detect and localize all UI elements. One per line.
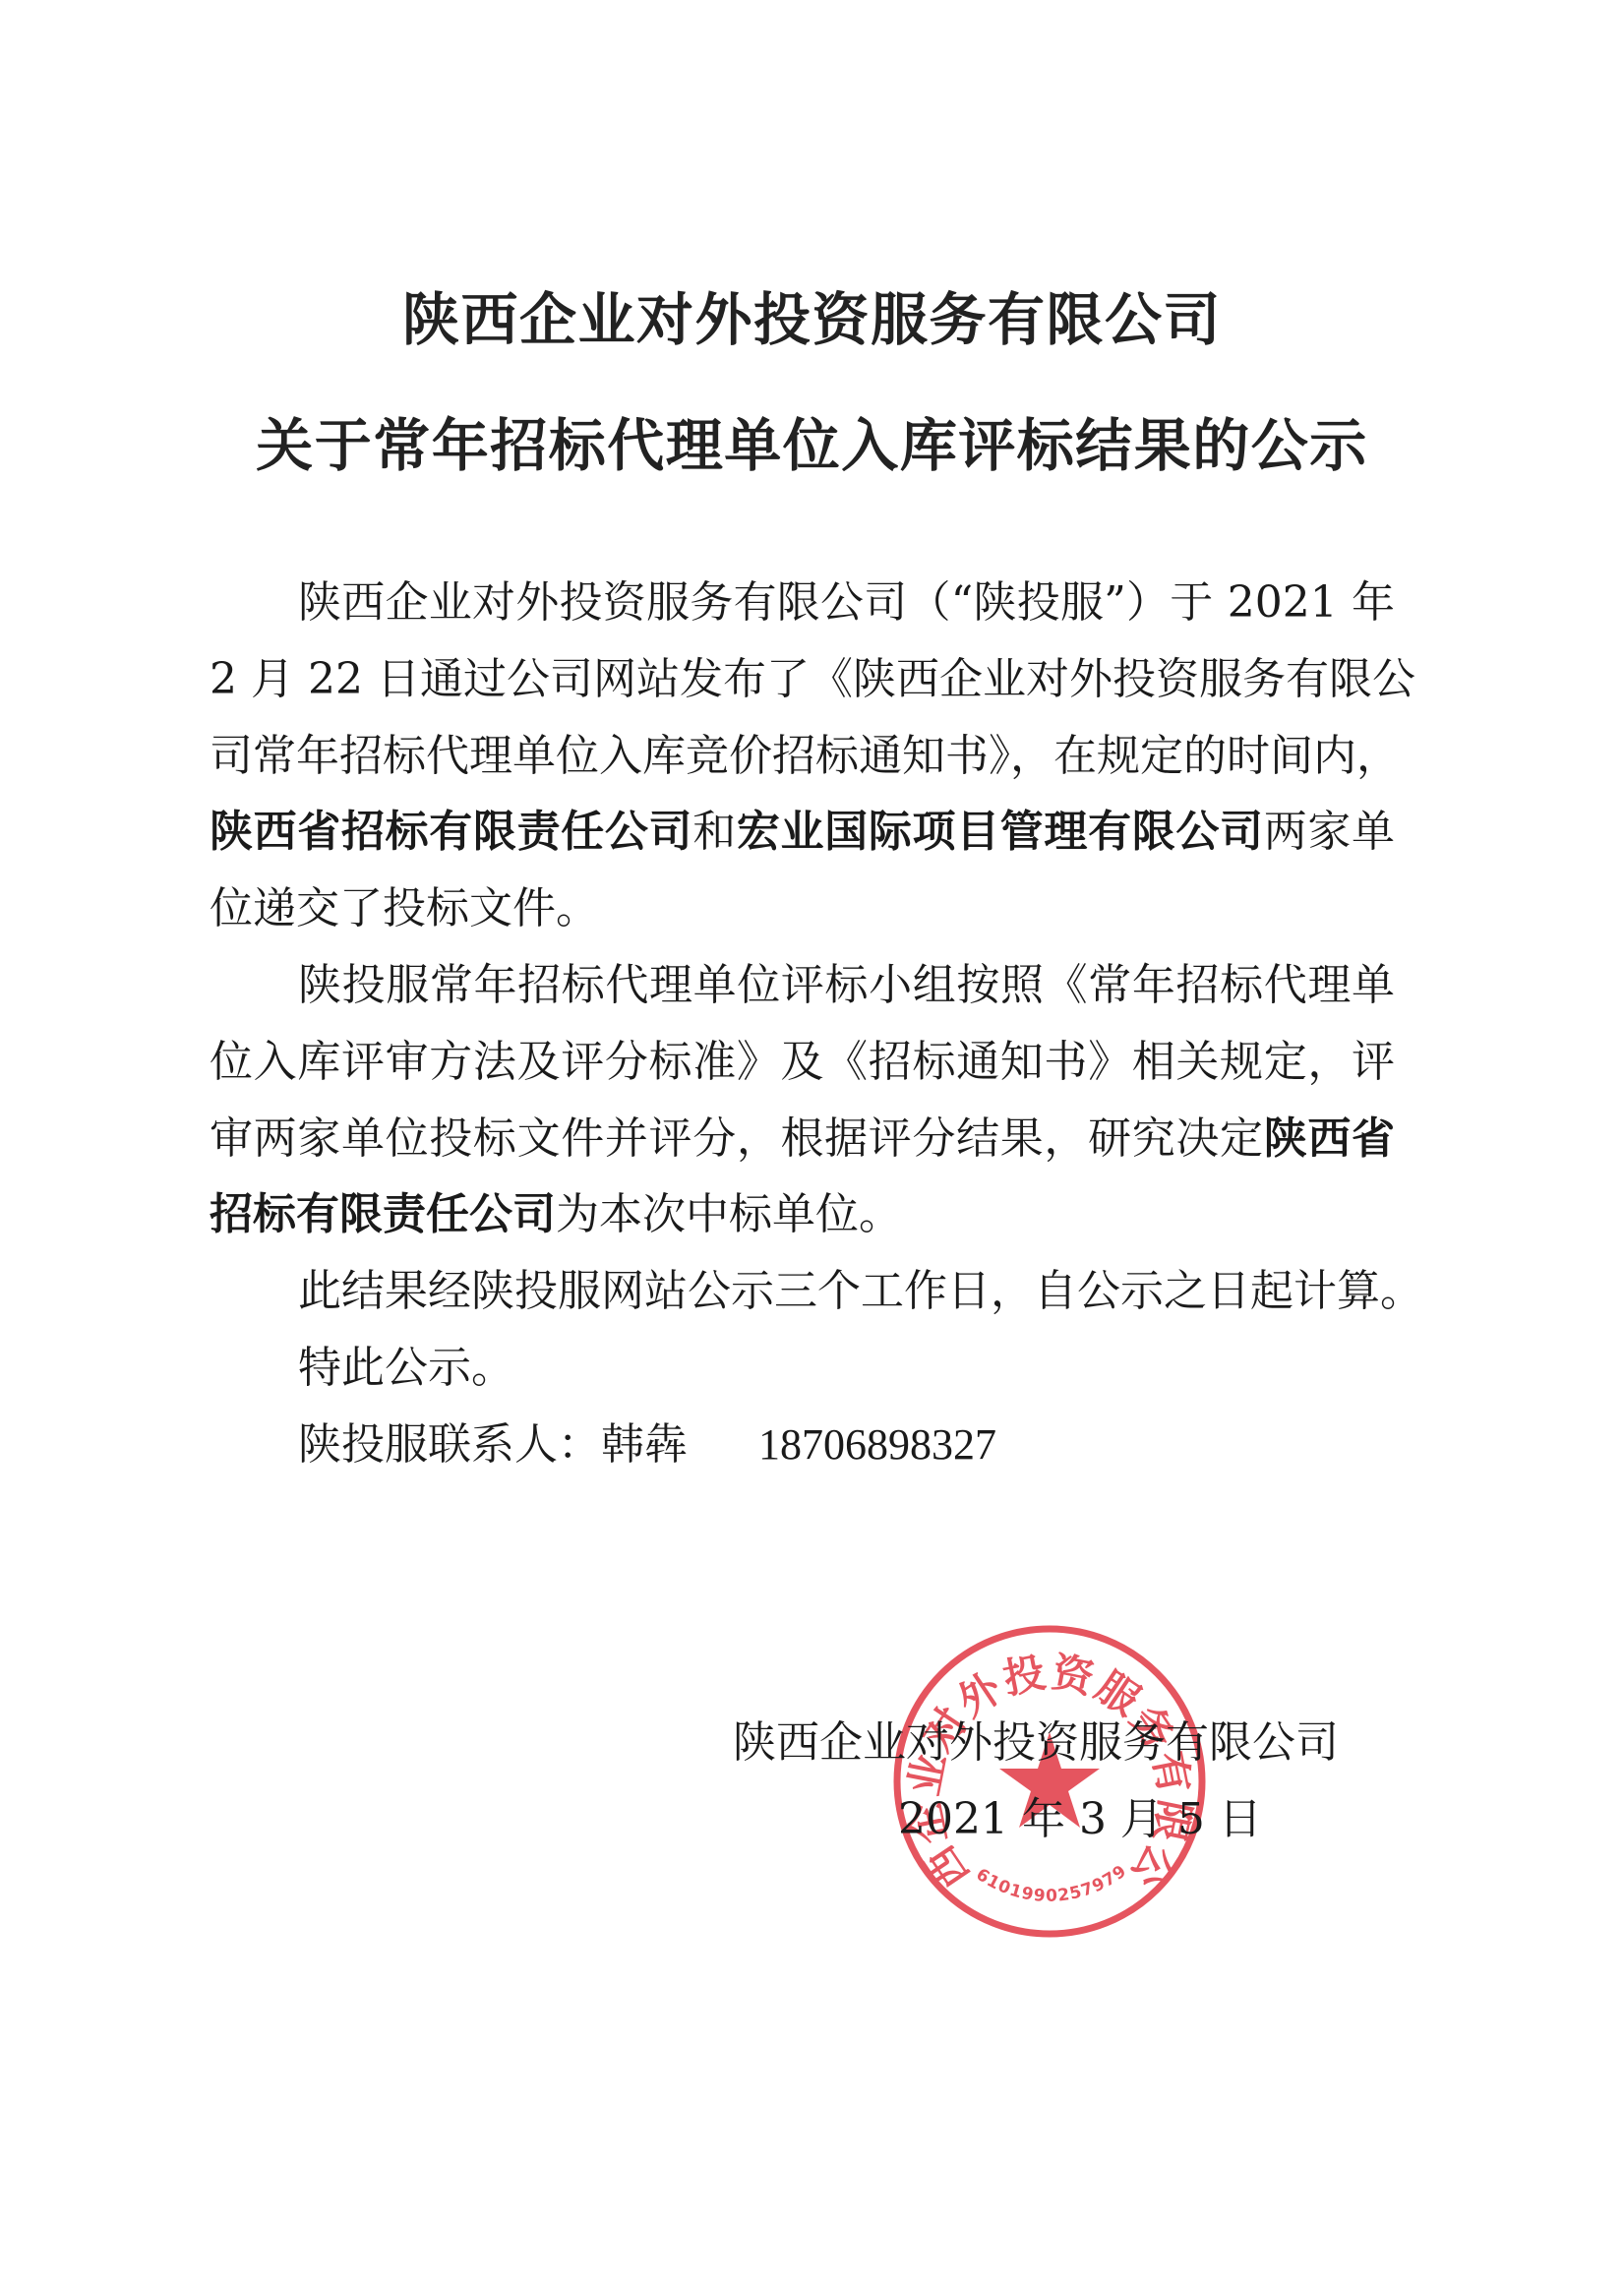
text-line: 2 月 22 日通过公司网站发布了《陕西企业对外投资服务有限公 bbox=[210, 641, 1395, 718]
winner-name-part1: 陕西省 bbox=[1264, 1113, 1395, 1164]
text-line: 司常年招标代理单位入库竞价招标通知书》，在规定的时间内， bbox=[210, 718, 1395, 795]
signature-date: 2021 年 3 月 5 日 bbox=[898, 1781, 1203, 1858]
text-segment: 此结果经陕投服网站公示三个工作日，自公示之日起计算。 bbox=[298, 1266, 1423, 1316]
paragraph-publicity-period: 此结果经陕投服网站公示三个工作日，自公示之日起计算。 bbox=[210, 1253, 1395, 1330]
svg-text:6101990257979: 6101990257979 bbox=[972, 1861, 1130, 1906]
document-body: 陕西企业对外投资服务有限公司（“陕投服”）于 2021 年 2 月 22 日通过… bbox=[210, 565, 1395, 1483]
paragraph-evaluation: 陕投服常年招标代理单位评标小组按照《常年招标代理单 位入库评审方法及评分标准》及… bbox=[210, 947, 1395, 1253]
text-segment: 陕投服常年招标代理单位评标小组按照《常年招标代理单 bbox=[298, 960, 1395, 1010]
text-segment: 陕西企业对外投资服务有限公司（“陕投服”）于 2021 年 bbox=[298, 577, 1395, 628]
document-page: 陕西企业对外投资服务有限公司 关于常年招标代理单位入库评标结果的公示 陕西企业对… bbox=[0, 0, 1624, 2285]
document-title-subject: 关于常年招标代理单位入库评标结果的公示 bbox=[0, 411, 1624, 480]
seal-code: 6101990257979 bbox=[972, 1861, 1130, 1906]
contact-label: 陕投服联系人： bbox=[298, 1419, 601, 1470]
bidder-name-2: 宏业国际项目管理有限公司 bbox=[737, 807, 1264, 857]
paragraph-closing: 特此公示。 bbox=[210, 1330, 1395, 1407]
text-line: 陕西企业对外投资服务有限公司（“陕投服”）于 2021 年 bbox=[210, 565, 1395, 641]
contact-name: 韩犇 bbox=[601, 1419, 688, 1470]
text-segment: 为本次中标单位。 bbox=[556, 1189, 902, 1239]
text-line: 招标有限责任公司为本次中标单位。 bbox=[210, 1176, 1395, 1253]
text-segment: 两家单 bbox=[1264, 807, 1395, 857]
text-segment: 特此公示。 bbox=[298, 1343, 514, 1393]
text-segment: 和 bbox=[692, 807, 737, 857]
bidder-name-1: 陕西省招标有限责任公司 bbox=[210, 807, 692, 857]
text-line: 审两家单位投标文件并评分，根据评分结果，研究决定陕西省 bbox=[210, 1101, 1395, 1177]
text-line: 陕投服常年招标代理单位评标小组按照《常年招标代理单 bbox=[210, 947, 1395, 1024]
text-segment: 审两家单位投标文件并评分，根据评分结果，研究决定 bbox=[210, 1113, 1264, 1164]
text-line: 陕西省招标有限责任公司和宏业国际项目管理有限公司两家单 bbox=[210, 794, 1395, 871]
contact-phone: 18706898327 bbox=[758, 1407, 996, 1483]
document-title-company: 陕西企业对外投资服务有限公司 bbox=[0, 285, 1624, 354]
text-segment: 位递交了投标文件。 bbox=[210, 883, 599, 933]
winner-name-part2: 招标有限责任公司 bbox=[210, 1189, 556, 1239]
signature-company: 陕西企业对外投资服务有限公司 bbox=[733, 1705, 1335, 1781]
text-segment: 位入库评审方法及评分标准》及《招标通知书》相关规定，评 bbox=[210, 1037, 1395, 1087]
text-segment: 司常年招标代理单位入库竞价招标通知书》，在规定的时间内， bbox=[210, 731, 1400, 781]
text-segment: 2 月 22 日通过公司网站发布了《陕西企业对外投资服务有限公 bbox=[210, 654, 1415, 704]
text-line: 位入库评审方法及评分标准》及《招标通知书》相关规定，评 bbox=[210, 1024, 1395, 1101]
text-line: 位递交了投标文件。 bbox=[210, 871, 1395, 947]
contact-line: 陕投服联系人：韩犇18706898327 bbox=[210, 1407, 1395, 1483]
paragraph-announcement: 陕西企业对外投资服务有限公司（“陕投服”）于 2021 年 2 月 22 日通过… bbox=[210, 565, 1395, 947]
